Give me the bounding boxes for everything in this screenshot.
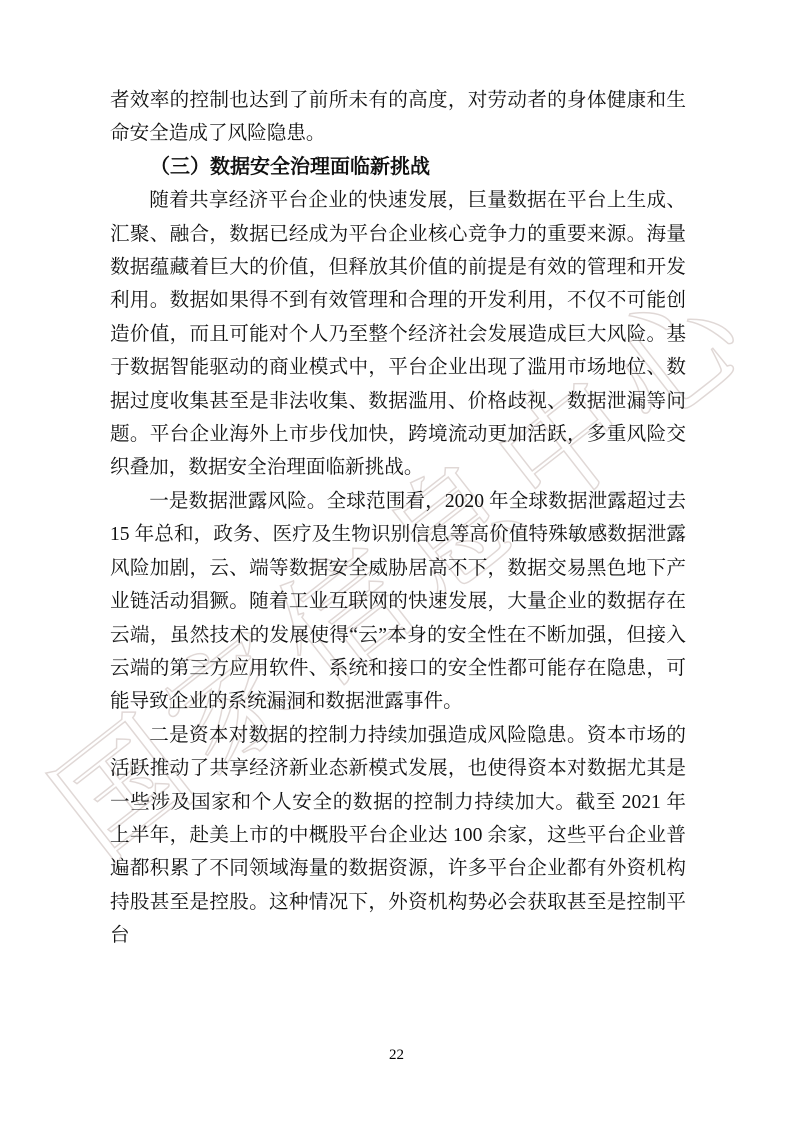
page-body: 者效率的控制也达到了前所未有的高度，对劳动者的身体健康和生命安全造成了风险隐患。… xyxy=(110,84,686,953)
paragraph-capital-control-risk: 二是资本对数据的控制力持续加强造成风险隐患。资本市场的活跃推动了共享经济新业态新… xyxy=(110,719,686,953)
document-page: 国家信息中心 者效率的控制也达到了前所未有的高度，对劳动者的身体健康和生命安全造… xyxy=(0,0,793,1122)
paragraph-continued: 者效率的控制也达到了前所未有的高度，对劳动者的身体健康和生命安全造成了风险隐患。 xyxy=(110,84,686,151)
page-number: 22 xyxy=(0,1047,793,1064)
paragraph-data-security-overview: 随着共享经济平台企业的快速发展，巨量数据在平台上生成、汇聚、融合，数据已经成为平… xyxy=(110,184,686,485)
paragraph-data-leak-risk: 一是数据泄露风险。全球范围看，2020 年全球数据泄露超过去 15 年总和，政务… xyxy=(110,485,686,719)
section-heading: （三）数据安全治理面临新挑战 xyxy=(110,151,686,184)
